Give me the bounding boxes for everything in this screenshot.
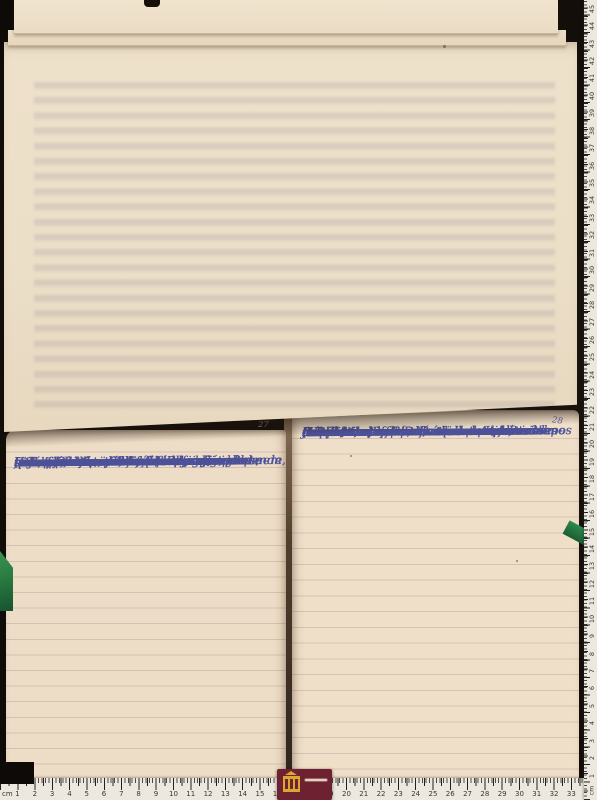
ruler-number: 9: [154, 790, 158, 798]
ruler-number: 12: [588, 578, 596, 590]
ruler-number: 6: [102, 790, 106, 798]
ruler-number: 1: [15, 790, 19, 798]
ruler-unit-label: cm: [2, 790, 13, 798]
ruler-number: 3: [588, 735, 596, 747]
ruler-number: 42: [588, 55, 596, 67]
ruler-number: 4: [588, 717, 596, 729]
ruler-number: 8: [136, 790, 140, 798]
ruler-number: 23: [588, 386, 596, 398]
ruler-number: 32: [550, 790, 559, 798]
ruler-number: 16: [588, 508, 596, 520]
sheet-gap-notch: [144, 0, 160, 7]
ruler-number: 8: [588, 648, 596, 660]
ruler-number: 10: [588, 613, 596, 625]
ruler-number: 14: [238, 790, 247, 798]
ruler-number: 21: [359, 790, 368, 798]
ruler-number: 9: [588, 630, 596, 642]
right-cm-ruler: cm 1234567891011121314151617181920212223…: [584, 0, 597, 800]
ruler-number: 2: [588, 752, 596, 764]
ruler-number: 22: [377, 790, 386, 798]
ruler-number: 33: [588, 212, 596, 224]
paper-speck: [350, 455, 352, 457]
ruler-number: 22: [588, 404, 596, 416]
ruler-number: 14: [588, 543, 596, 555]
ruler-number: 21: [588, 421, 596, 433]
ruler-number: 29: [498, 790, 507, 798]
ruler-number: 39: [588, 107, 596, 119]
ruler-number: 27: [463, 790, 472, 798]
ruler-number: 29: [588, 282, 596, 294]
manuscript-photo: fecunda como é, nos fornecerá, dependetã…: [0, 0, 597, 800]
ruler-number: 18: [588, 473, 596, 485]
ruler-number: 19: [588, 456, 596, 468]
right-manuscript-page: (Leonardo)Saímos hontem á tarde. Andamos…: [292, 410, 579, 800]
ruler-number: 7: [119, 790, 123, 798]
ruler-number: 13: [221, 790, 230, 798]
ruler-number: 44: [588, 20, 596, 32]
ruler-number: 20: [588, 438, 596, 450]
ruler-number: 31: [532, 790, 541, 798]
ruler-number: 13: [588, 560, 596, 572]
ruler-number: 28: [480, 790, 489, 798]
ruler-number: 31: [588, 247, 596, 259]
ruler-number: 41: [588, 72, 596, 84]
background-corner: [0, 762, 34, 784]
ruler-number: 15: [256, 790, 265, 798]
ruler-number: 5: [588, 700, 596, 712]
ruler-number: 40: [588, 90, 596, 102]
ruler-number: 3: [50, 790, 54, 798]
ruler-number: 10: [169, 790, 178, 798]
ruler-number: 20: [342, 790, 351, 798]
ruler-number: 25: [429, 790, 438, 798]
logo-card-text-lines: [305, 777, 327, 793]
ruler-number: 38: [588, 125, 596, 137]
ruler-number: 27: [588, 316, 596, 328]
ruler-number: 36: [588, 160, 596, 172]
ruler-number: 2: [33, 790, 37, 798]
ruler-number: 45: [588, 3, 596, 15]
ruler-number: 6: [588, 682, 596, 694]
ruler-number: 25: [588, 351, 596, 363]
ruler-unit-label: cm: [589, 785, 596, 797]
ruler-number: 11: [186, 790, 195, 798]
ruler-number: 24: [411, 790, 420, 798]
institution-building-logo-icon: [283, 776, 300, 792]
blank-verso-page: [4, 42, 577, 432]
ruler-number: 28: [588, 299, 596, 311]
ruler-number: 7: [588, 665, 596, 677]
ruler-number: 30: [588, 264, 596, 276]
ruler-number: 37: [588, 142, 596, 154]
ruler-number: 33: [567, 790, 576, 798]
ruler-number: 5: [85, 790, 89, 798]
ruler-number: 15: [588, 526, 596, 538]
ruler-number: 17: [588, 491, 596, 503]
ruler-number: 34: [588, 194, 596, 206]
ruler-number: 1: [588, 770, 596, 782]
left-page-handwriting: fecunda como é, nos fornecerá, dependetã…: [14, 453, 282, 455]
ink-showthrough: [34, 82, 555, 414]
ruler-number: 35: [588, 177, 596, 189]
left-manuscript-page: fecunda como é, nos fornecerá, dependetã…: [6, 430, 286, 800]
ruler-number: 23: [394, 790, 403, 798]
ruler-number: 24: [588, 369, 596, 381]
ruler-number: 32: [588, 229, 596, 241]
ruler-number: 43: [588, 38, 596, 50]
paper-speck: [516, 560, 518, 562]
ruler-ticks: [584, 0, 596, 800]
institution-logo-card: [277, 769, 332, 800]
stacked-sheet-edge: [14, 0, 558, 34]
ruler-number: 4: [67, 790, 71, 798]
ruler-number: 26: [588, 334, 596, 346]
ruler-number: 30: [515, 790, 524, 798]
manuscript-line: boa predição de fraternidade, esse: [14, 453, 244, 471]
ruler-number: 26: [446, 790, 455, 798]
ruler-number: 12: [204, 790, 213, 798]
ruler-number: 11: [588, 595, 596, 607]
paper-speck: [443, 45, 446, 48]
